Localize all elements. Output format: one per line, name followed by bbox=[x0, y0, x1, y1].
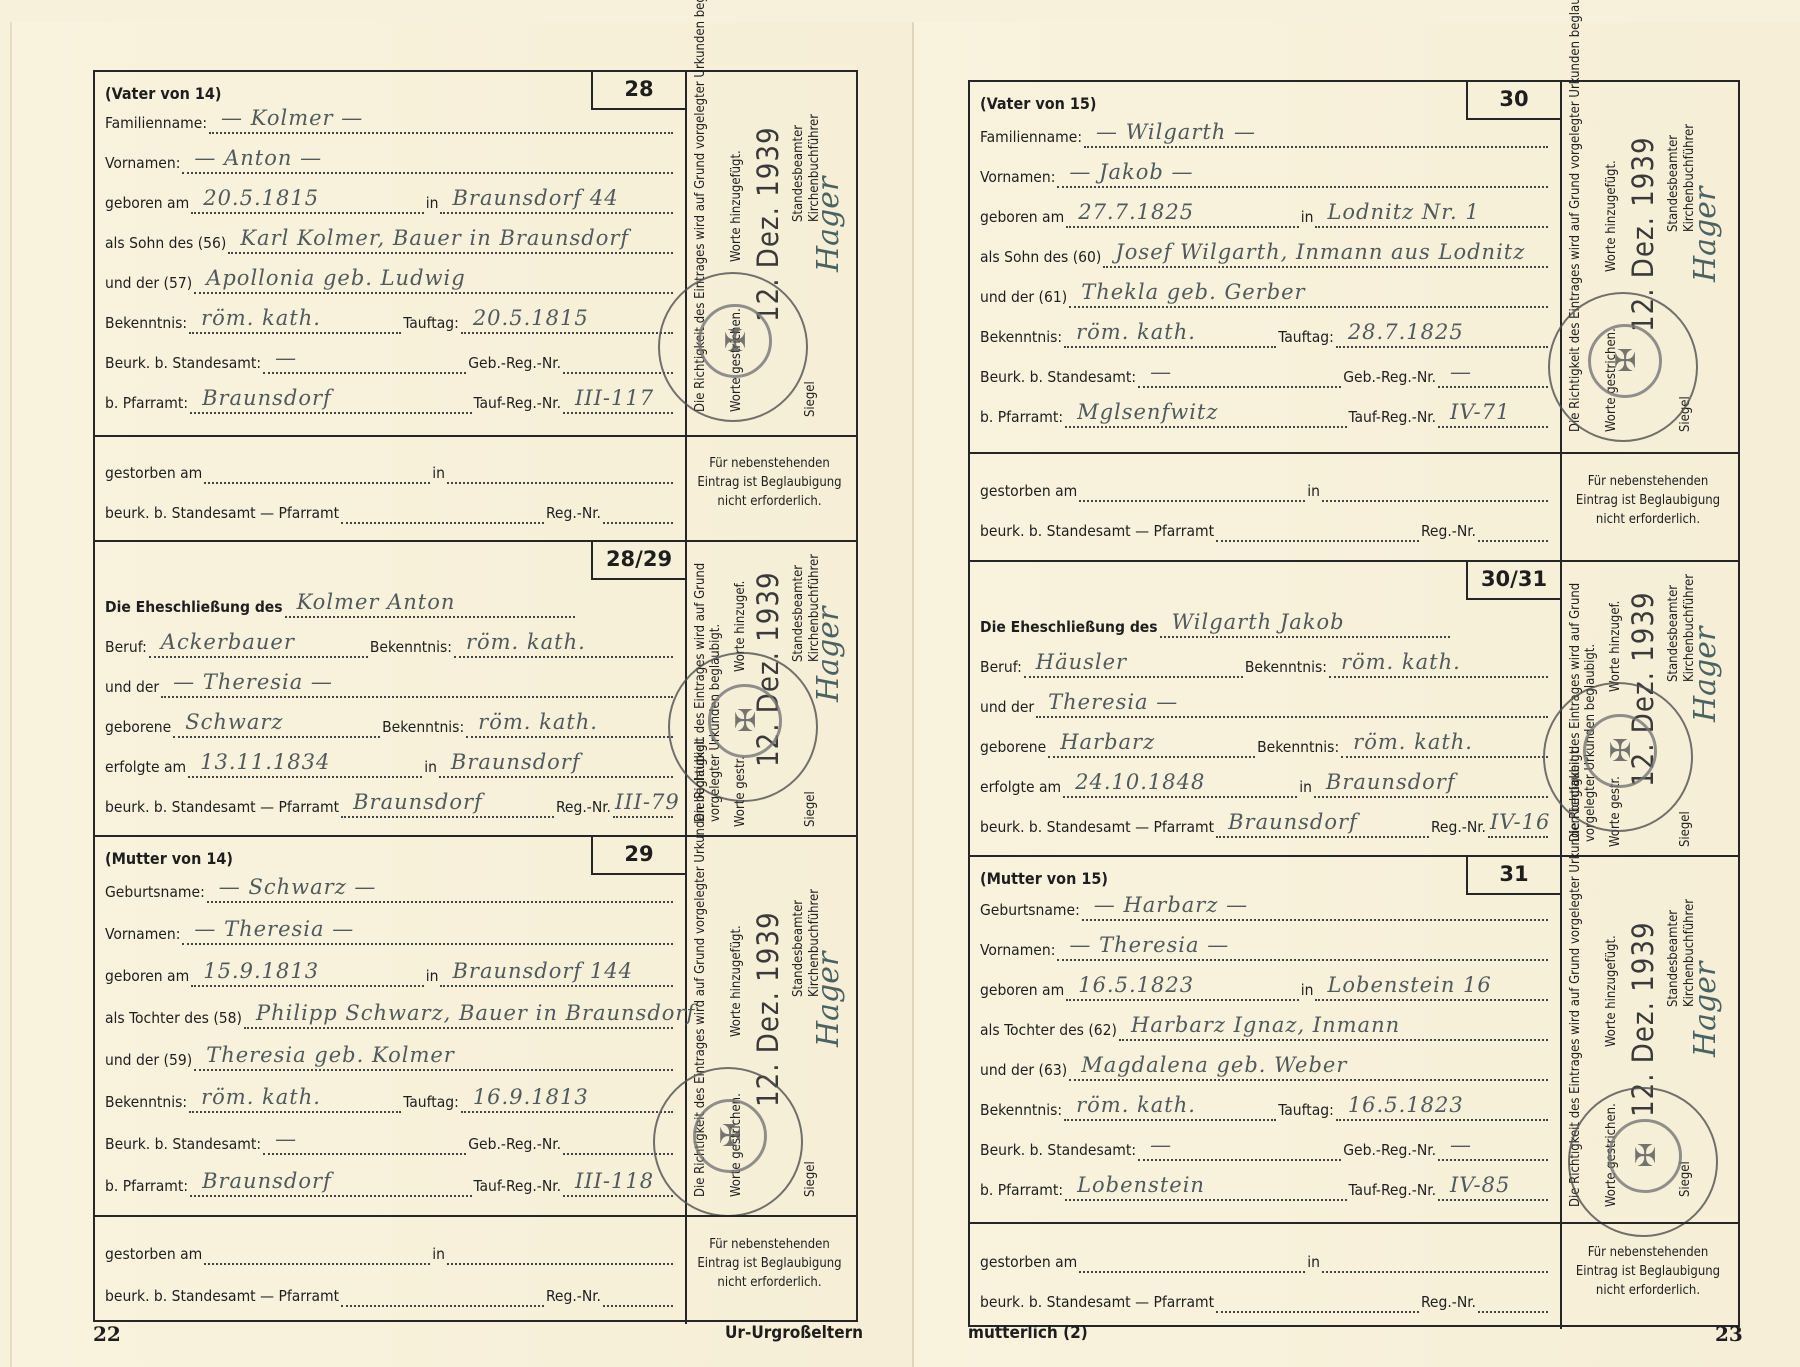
certification-column: Die Richtigkeit des Eintrages wird auf G… bbox=[683, 72, 856, 540]
section-title: (Vater von 15) bbox=[980, 94, 1096, 113]
row-died: gestorben amin bbox=[105, 1239, 675, 1265]
book-gutter bbox=[912, 22, 914, 1367]
marriage-section: 28/29 Die Eheschließung desKolmer Anton … bbox=[95, 542, 856, 837]
row-occupation: Beruf:HäuslerBekenntnis:röm. kath. bbox=[980, 652, 1550, 678]
not-required-note: Für nebenstehendenEintrag ist Beglaubigu… bbox=[683, 454, 856, 511]
row-and-of: und der (59)Theresia geb. Kolmer bbox=[105, 1045, 675, 1071]
official-seal: ✠ bbox=[1543, 682, 1693, 832]
certification-column: Die Richtigkeit des Eintrages wird auf G… bbox=[1558, 562, 1738, 855]
row-died: gestorben amin bbox=[980, 1247, 1550, 1273]
row-civil-registry: Beurk. b. Standesamt:—Geb.-Reg.-Nr. bbox=[105, 1129, 675, 1155]
form-frame-right: 30 (Vater von 15) Familienname:— Wilgart… bbox=[968, 80, 1740, 1327]
row-born: geboren am15.9.1813inBraunsdorf 144 bbox=[105, 961, 675, 987]
row-occupation: Beruf:AckerbauerBekenntnis:röm. kath. bbox=[105, 632, 675, 658]
eagle-emblem-icon: ✠ bbox=[698, 304, 772, 378]
signature: Hager bbox=[1688, 187, 1723, 282]
row-son-of: als Sohn des (56)Karl Kolmer, Bauer in B… bbox=[105, 228, 675, 254]
row-birth-name: Geburtsname:— Harbarz — bbox=[980, 895, 1550, 921]
row-born: geboren am27.7.1825inLodnitz Nr. 1 bbox=[980, 202, 1550, 228]
entry-number: 30 bbox=[1466, 82, 1560, 120]
row-parish: b. Pfarramt:BraunsdorfTauf-Reg.-Nr.III-1… bbox=[105, 1171, 675, 1197]
marriage-section: 30/31 Die Eheschließung desWilgarth Jako… bbox=[970, 562, 1738, 857]
section-title: (Mutter von 15) bbox=[980, 869, 1108, 888]
row-death-registry: beurk. b. Standesamt — PfarramtReg.-Nr. bbox=[980, 516, 1550, 542]
not-required-note: Für nebenstehendenEintrag ist Beglaubigu… bbox=[683, 1235, 856, 1292]
row-given-names: Vornamen:— Anton — bbox=[105, 148, 675, 174]
row-parish: b. Pfarramt:LobensteinTauf-Reg.-Nr.IV-85 bbox=[980, 1175, 1550, 1201]
row-marriage-registry: beurk. b. Standesamt — PfarramtBraunsdor… bbox=[105, 792, 675, 818]
row-given-names: Vornamen:— Jakob — bbox=[980, 162, 1550, 188]
row-confession: Bekenntnis:röm. kath.Tauftag:28.7.1825 bbox=[980, 322, 1550, 348]
signature: Hager bbox=[811, 177, 846, 272]
row-parish: b. Pfarramt:MglsenfwitzTauf-Reg.-Nr.IV-7… bbox=[980, 402, 1550, 428]
row-family-name: Familienname:— Wilgarth — bbox=[980, 122, 1550, 148]
row-marriage-of: Die Eheschließung desKolmer Anton bbox=[105, 592, 675, 618]
row-daughter-of: als Tochter des (62)Harbarz Ignaz, Inman… bbox=[980, 1015, 1550, 1041]
certification-column: Die Richtigkeit des Eintrages wird auf G… bbox=[683, 837, 856, 1324]
eagle-emblem-icon: ✠ bbox=[693, 1099, 767, 1173]
page-number-right: 23 bbox=[1715, 1322, 1743, 1346]
family-name-value: — Kolmer — bbox=[221, 106, 363, 130]
death-divider bbox=[95, 435, 685, 437]
row-and-of: und der (61)Theklа geb. Gerber bbox=[980, 282, 1550, 308]
running-head-left: Ur-Urgroßeltern bbox=[725, 1323, 863, 1343]
row-and-of: und der (63)Magdalena geb. Weber bbox=[980, 1055, 1550, 1081]
row-born-name: geboreneSchwarzBekenntnis:röm. kath. bbox=[105, 712, 675, 738]
row-son-of: als Sohn des (60)Josef Wilgarth, Inmann … bbox=[980, 242, 1550, 268]
section-title: (Mutter von 14) bbox=[105, 849, 233, 868]
row-died: gestorben amin bbox=[105, 458, 675, 484]
row-and-of: und derTheresia — bbox=[980, 692, 1550, 718]
not-required-note: Für nebenstehendenEintrag ist Beglaubigu… bbox=[1558, 472, 1738, 529]
row-born-name: geboreneHarbarzBekenntnis:röm. kath. bbox=[980, 732, 1550, 758]
row-born: geboren am20.5.1815inBraunsdorf 44 bbox=[105, 188, 675, 214]
entry-number: 30/31 bbox=[1466, 562, 1560, 600]
father-section: 28 (Vater von 14) Familienname:— Kolmer … bbox=[95, 72, 856, 542]
row-died: gestorben amin bbox=[980, 476, 1550, 502]
eagle-emblem-icon: ✠ bbox=[708, 684, 782, 758]
official-seal: ✠ bbox=[653, 1067, 803, 1217]
entry-number: 29 bbox=[591, 837, 685, 875]
running-head-right: mütterlich (2) bbox=[968, 1323, 1088, 1343]
row-daughter-of: als Tochter des (58)Philipp Schwarz, Bau… bbox=[105, 1003, 675, 1029]
eagle-emblem-icon: ✠ bbox=[1608, 1119, 1682, 1193]
row-death-registry: beurk. b. Standesamt — PfarramtReg.-Nr. bbox=[105, 498, 675, 524]
entry-number: 28/29 bbox=[591, 542, 685, 580]
death-divider bbox=[970, 1222, 1560, 1224]
signature: Hager bbox=[1688, 627, 1723, 722]
row-marriage-of: Die Eheschließung desWilgarth Jakob bbox=[980, 612, 1550, 638]
mother-section: 29 (Mutter von 14) Geburtsname:— Schwarz… bbox=[95, 837, 856, 1324]
page-number-left: 22 bbox=[93, 1322, 121, 1346]
row-confession: Bekenntnis:röm. kath.Tauftag:20.5.1815 bbox=[105, 308, 675, 334]
row-civil-registry: Beurk. b. Standesamt:—Geb.-Reg.-Nr.— bbox=[980, 362, 1550, 388]
row-civil-registry: Beurk. b. Standesamt:—Geb.-Reg.-Nr. bbox=[105, 348, 675, 374]
entry-number: 28 bbox=[591, 72, 685, 110]
eagle-emblem-icon: ✠ bbox=[1588, 324, 1662, 398]
row-death-registry: beurk. b. Standesamt — PfarramtReg.-Nr. bbox=[105, 1281, 675, 1307]
official-seal: ✠ bbox=[668, 652, 818, 802]
row-civil-registry: Beurk. b. Standesamt:—Geb.-Reg.-Nr.— bbox=[980, 1135, 1550, 1161]
row-parish: b. Pfarramt:BraunsdorfTauf-Reg.-Nr.III-1… bbox=[105, 388, 675, 414]
not-required-note: Für nebenstehendenEintrag ist Beglaubigu… bbox=[1558, 1243, 1738, 1300]
signature: Hager bbox=[811, 607, 846, 702]
row-confession: Bekenntnis:röm. kath.Tauftag:16.5.1823 bbox=[980, 1095, 1550, 1121]
row-marriage-registry: beurk. b. Standesamt — PfarramtBraunsdor… bbox=[980, 812, 1550, 838]
row-born: geboren am16.5.1823inLobenstein 16 bbox=[980, 975, 1550, 1001]
certification-column: Die Richtigkeit des Eintrages wird auf G… bbox=[1558, 82, 1738, 560]
row-and-of: und der (57)Apollonia geb. Ludwig bbox=[105, 268, 675, 294]
form-frame-left: 28 (Vater von 14) Familienname:— Kolmer … bbox=[93, 70, 858, 1322]
row-took-place: erfolgte am13.11.1834inBraunsdorf bbox=[105, 752, 675, 778]
eagle-emblem-icon: ✠ bbox=[1583, 714, 1657, 788]
signature: Hager bbox=[811, 952, 846, 1047]
row-given-names: Vornamen:— Theresia — bbox=[980, 935, 1550, 961]
death-divider bbox=[970, 452, 1560, 454]
row-family-name: Familienname:— Kolmer — bbox=[105, 108, 675, 134]
row-confession: Bekenntnis:röm. kath.Tauftag:16.9.1813 bbox=[105, 1087, 675, 1113]
official-seal: ✠ bbox=[1568, 1087, 1718, 1237]
official-seal: ✠ bbox=[1548, 292, 1698, 442]
row-took-place: erfolgte am24.10.1848inBraunsdorf bbox=[980, 772, 1550, 798]
certification-column: Die Richtigkeit des Eintrages wird auf G… bbox=[683, 542, 856, 835]
row-given-names: Vornamen:— Theresia — bbox=[105, 919, 675, 945]
row-and-of: und der— Theresia — bbox=[105, 672, 675, 698]
row-birth-name: Geburtsname:— Schwarz — bbox=[105, 877, 675, 903]
mother-section: 31 (Mutter von 15) Geburtsname:— Harbarz… bbox=[970, 857, 1738, 1329]
row-death-registry: beurk. b. Standesamt — PfarramtReg.-Nr. bbox=[980, 1287, 1550, 1313]
death-divider bbox=[95, 1215, 685, 1217]
section-title: (Vater von 14) bbox=[105, 84, 221, 103]
signature: Hager bbox=[1688, 962, 1723, 1057]
entry-number: 31 bbox=[1466, 857, 1560, 895]
official-seal: ✠ bbox=[658, 272, 808, 422]
certification-column: Die Richtigkeit des Eintrages wird auf G… bbox=[1558, 857, 1738, 1329]
father-section: 30 (Vater von 15) Familienname:— Wilgart… bbox=[970, 82, 1738, 562]
